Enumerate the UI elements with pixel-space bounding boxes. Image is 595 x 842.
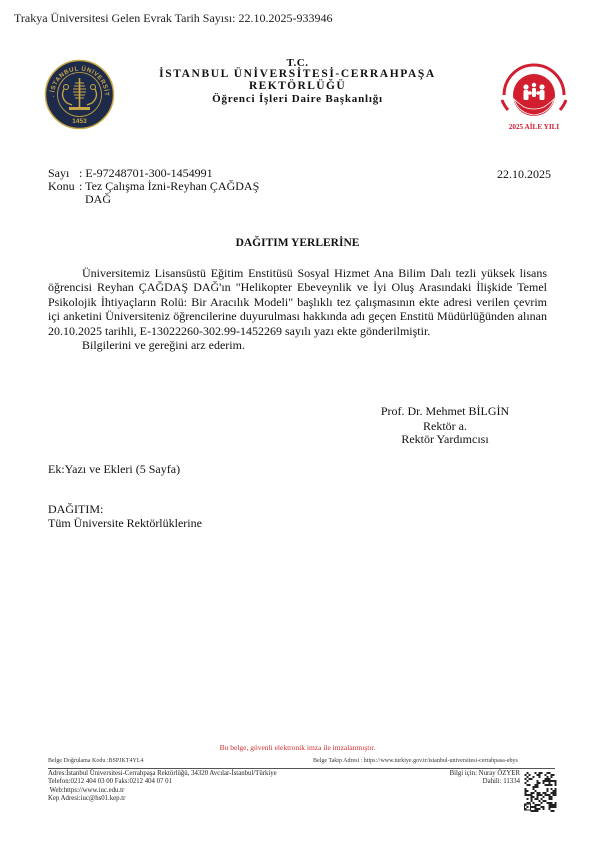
web-link[interactable]: Web:https://www.iuc.edu.tr xyxy=(48,787,277,795)
qr-code-icon xyxy=(524,772,557,812)
svg-text:1453: 1453 xyxy=(72,118,87,125)
attachment-note: Ek:Yazı ve Ekleri (5 Sayfa) xyxy=(48,462,180,477)
konu-label: Konu xyxy=(48,180,79,193)
closing-line: Bilgilerini ve gereğini arz ederim. xyxy=(82,338,245,353)
info-contact-block: Bilgi için: Nuray ÖZYER Dahili: 11334 xyxy=(400,770,520,787)
family-year-logo: 2025 AİLE YILI xyxy=(494,55,574,135)
document-subject: Konu: Tez Çalışma İzni-Reyhan ÇAĞDAŞ xyxy=(48,180,259,193)
body-paragraph: Üniversitemiz Lisansüstü Eğitim Enstitüs… xyxy=(48,266,547,338)
phone-line: Telefon:0212 404 03 00 Faks:0212 404 07 … xyxy=(48,778,277,786)
document-date: 22.10.2025 xyxy=(497,167,551,182)
verification-code: Belge Doğrulama Kodu :BSPJKT4YL4 xyxy=(48,758,144,764)
tracking-address-link[interactable]: Belge Takip Adresi : https://www.turkiye… xyxy=(313,758,518,764)
distribution-block: DAĞITIM: Tüm Üniversite Rektörlüklerine xyxy=(48,503,202,530)
distribution-value: Tüm Üniversite Rektörlüklerine xyxy=(48,517,202,531)
recipient-title: DAĞITIM YERLERİNE xyxy=(0,237,595,249)
footer-divider xyxy=(48,768,555,769)
signatory-title: Rektör Yardımcısı xyxy=(360,433,530,447)
signatory-name: Prof. Dr. Mehmet BİLGİN xyxy=(360,405,530,419)
konu-value-continued: DAĞ xyxy=(85,193,111,206)
sayi-value: : E-97248701-300-1454991 xyxy=(79,166,213,180)
svg-text:2025 AİLE YILI: 2025 AİLE YILI xyxy=(509,121,560,131)
incoming-document-stamp: Trakya Üniversitesi Gelen Evrak Tarih Sa… xyxy=(14,11,332,26)
konu-value: : Tez Çalışma İzni-Reyhan ÇAĞDAŞ xyxy=(79,179,259,193)
distribution-label: DAĞITIM: xyxy=(48,503,202,517)
info-extension: Dahili: 11334 xyxy=(400,778,520,786)
contact-address-block: Adres:İstanbul Üniversitesi-Cerrahpaşa R… xyxy=(48,770,277,803)
esignature-notice: Bu belge, güvenli elektronik imza ile im… xyxy=(0,743,595,752)
kep-address: Kep Adresi:iuc@hs01.kep.tr xyxy=(48,795,277,803)
info-contact-name: Bilgi için: Nuray ÖZYER xyxy=(400,770,520,778)
address-line: Adres:İstanbul Üniversitesi-Cerrahpaşa R… xyxy=(48,770,277,778)
